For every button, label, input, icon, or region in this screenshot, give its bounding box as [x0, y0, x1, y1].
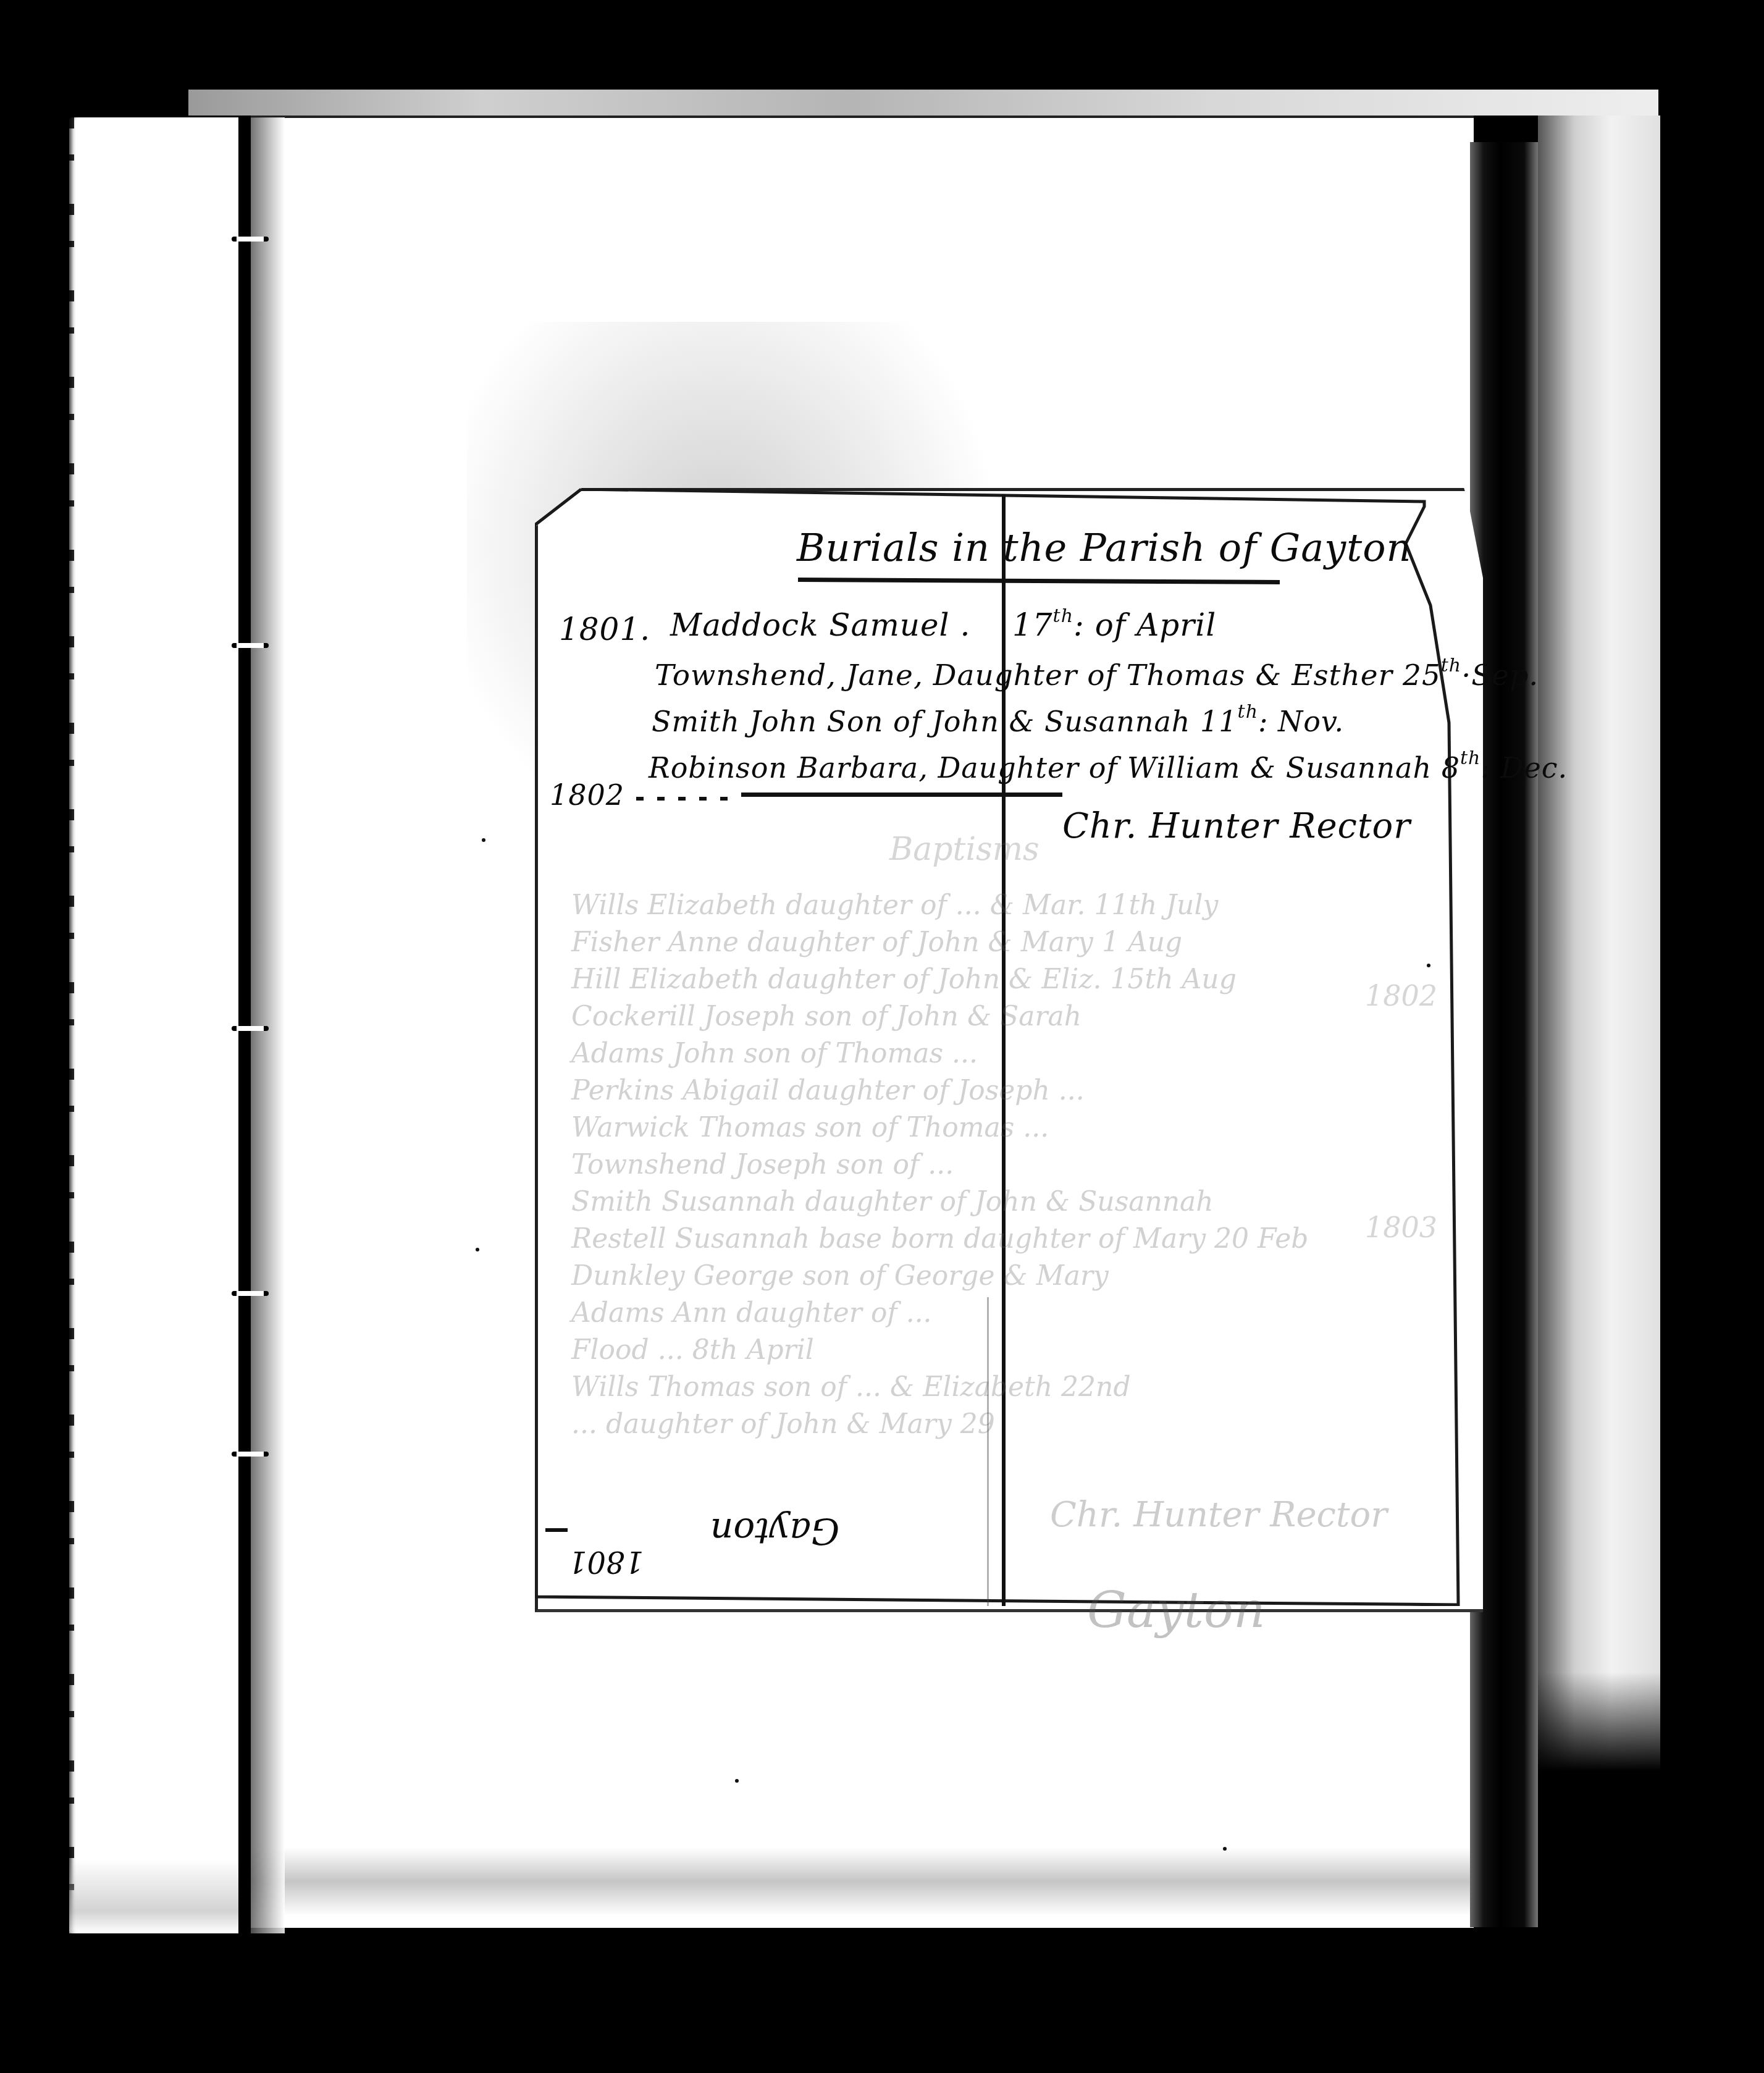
faint-line: Wills Elizabeth daughter of ... & Mar. 1… — [571, 889, 1218, 921]
entry-year-1802: 1802 — [550, 778, 624, 812]
dust-speck — [476, 1248, 479, 1251]
burial-day: 8 — [1442, 751, 1460, 784]
faint-line: Hill Elizabeth daughter of John & Eliz. … — [571, 964, 1237, 995]
fore-edge-shadow — [1538, 1672, 1660, 1771]
dotted-rule — [636, 797, 741, 801]
burial-month: : Nov. — [1258, 705, 1344, 738]
faint-year-mark: 1802 — [1365, 979, 1437, 1012]
burial-month: : of April — [1073, 607, 1216, 643]
binding-spine — [238, 117, 251, 1933]
slip-fold-shadow — [987, 1297, 989, 1606]
burial-day: 17 — [1012, 607, 1053, 643]
burial-name: Townshend, Jane, Daughter of Thomas & Es… — [655, 658, 1393, 692]
faint-line: Warwick Thomas son of Thomas ... — [571, 1112, 1049, 1143]
burial-entry: Smith John Son of John & Susannah 11th: … — [652, 701, 1344, 738]
binding-stitch-icon — [232, 643, 269, 648]
burial-day: 25 — [1403, 658, 1441, 692]
faint-line: Townshend Joseph son of ... — [571, 1149, 954, 1180]
dust-speck — [1427, 964, 1430, 967]
flyleaf-shadow — [69, 1859, 242, 1933]
back-page-fore-edge — [1538, 116, 1660, 1771]
burial-entry: Maddock Samuel . 17th: of April — [670, 605, 1216, 643]
burial-entry: Townshend, Jane, Daughter of Thomas & Es… — [655, 655, 1539, 692]
faint-line: Fisher Anne daughter of John & Mary 1 Au… — [571, 927, 1182, 958]
faint-line: Cockerill Joseph son of John & Sarah — [571, 1001, 1081, 1032]
faint-line: Restell Susannah base born daughter of M… — [571, 1223, 1308, 1255]
dust-speck — [735, 1779, 739, 1783]
faint-line: Perkins Abigail daughter of Joseph ... — [571, 1075, 1085, 1106]
back-page-top-edge — [188, 90, 1658, 116]
rector-signature: Chr. Hunter Rector — [1062, 806, 1411, 846]
closing-rule — [741, 793, 1062, 797]
dust-speck — [1223, 1847, 1227, 1851]
left-flyleaf — [69, 117, 242, 1933]
faint-line: Wills Thomas son of ... & Elizabeth 22nd — [571, 1371, 1131, 1403]
faint-signature: Chr. Hunter Rector — [1050, 1495, 1387, 1535]
burial-day-suffix: th — [1238, 701, 1258, 723]
binding-stitch-icon — [232, 1452, 269, 1457]
faint-line: Adams Ann daughter of ... — [571, 1297, 932, 1329]
inverted-place-name: Gayton — [710, 1510, 839, 1552]
inverted-note-bar — [545, 1528, 568, 1532]
binding-stitch-icon — [232, 1291, 269, 1296]
faint-line: Smith Susannah daughter of John & Susann… — [571, 1186, 1214, 1217]
slip-title: Burials in the Parish of Gayton — [797, 525, 1411, 570]
burial-name: Robinson Barbara, Daughter of William & … — [649, 751, 1432, 784]
burial-name: Maddock Samuel . — [670, 607, 970, 643]
binding-stitch-icon — [232, 1026, 269, 1031]
burial-day: 11 — [1200, 705, 1238, 738]
ragged-edge — [65, 117, 74, 1933]
faint-line: Flood ... 8th April — [571, 1334, 814, 1366]
burial-month: ·Sep. — [1461, 658, 1539, 692]
faint-line: ... daughter of John & Mary 29 — [571, 1408, 995, 1440]
faint-line: Adams John son of Thomas ... — [571, 1038, 978, 1069]
inverted-year: 1801 — [568, 1544, 644, 1579]
burial-entry: Robinson Barbara, Daughter of William & … — [649, 747, 1568, 784]
faint-line: Dunkley George son of George & Mary — [571, 1260, 1109, 1292]
page-bottom-stain — [251, 1848, 1474, 1915]
gutter-shadow — [251, 117, 285, 1933]
dust-speck — [482, 838, 485, 842]
burial-day-suffix: th — [1460, 747, 1480, 769]
faint-baptisms-heading: Baptisms — [889, 831, 1039, 868]
entry-year-1801: 1801. — [559, 612, 650, 647]
burial-name: Smith John Son of John & Susannah — [652, 705, 1190, 738]
burial-month: : Dec. — [1480, 751, 1568, 784]
burial-day-suffix: th — [1441, 655, 1461, 676]
faint-year-mark: 1803 — [1365, 1211, 1437, 1244]
faint-stamp: Gayton — [1087, 1581, 1266, 1639]
binding-stitch-icon — [232, 237, 269, 242]
burial-day-suffix: th — [1053, 605, 1073, 627]
